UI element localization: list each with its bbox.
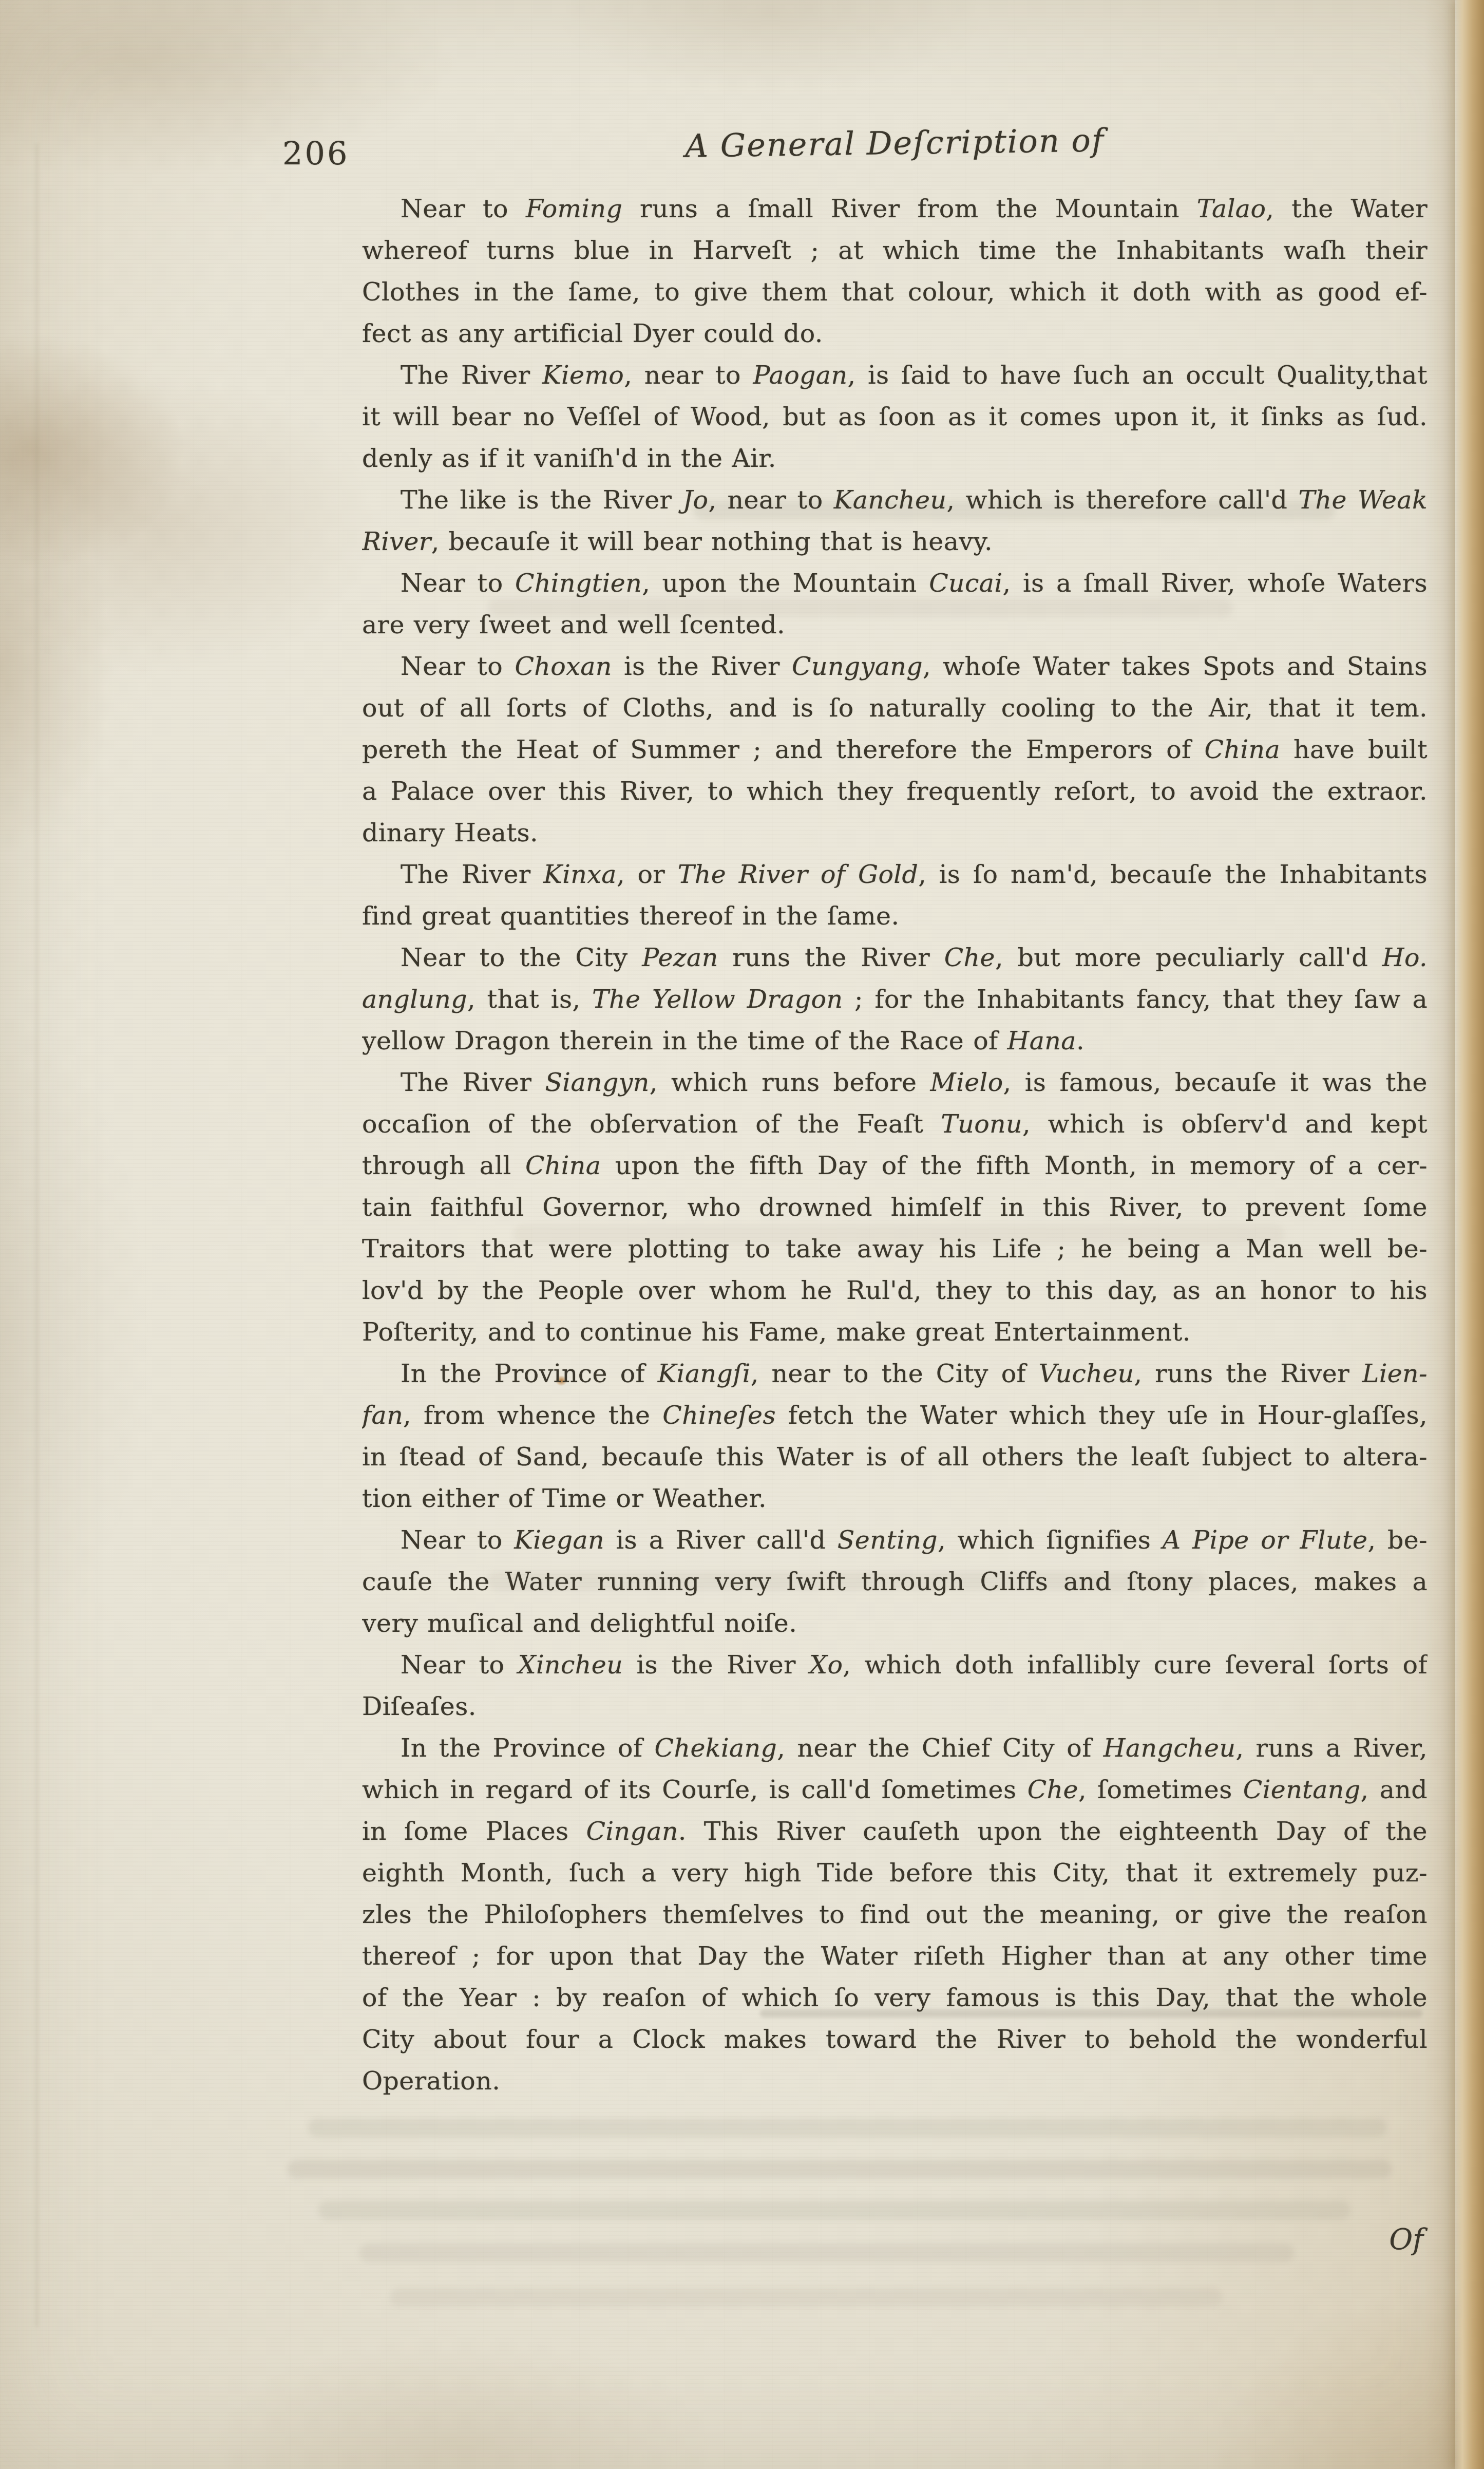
text-run: cauſe the Water running very ſwift throu…	[362, 1567, 1428, 1596]
text-run: Hana	[1007, 1026, 1076, 1056]
text-run: eighth Month, ſuch a very high Tide befo…	[362, 1858, 1428, 1888]
text-line: tain faithful Governor, who drowned himſ…	[362, 1186, 1428, 1228]
text-line: The like is the River Jo, near to Kanche…	[362, 479, 1428, 521]
text-run: In the Province of	[401, 1733, 655, 1763]
text-line: In the Province of Chekiang, near the Ch…	[362, 1727, 1428, 1769]
text-run: , near to	[709, 485, 834, 515]
text-line: In the Province of Kiangſi, near to the …	[362, 1353, 1428, 1394]
text-run: Poſterity, and to continue his Fame, mak…	[362, 1317, 1191, 1347]
bleed-through-line	[318, 2201, 1350, 2219]
text-run: Traitors that were plotting to take away…	[362, 1234, 1428, 1264]
text-run: tion either of Time or Weather.	[362, 1484, 767, 1513]
text-run: runs a ſmall River from the Mountain	[622, 194, 1197, 223]
text-line: Near to Choxan is the River Cungyang, wh…	[362, 646, 1428, 687]
text-line: occaſion of the obſervation of the Feaſt…	[362, 1103, 1428, 1145]
text-run: Kiangſi	[658, 1359, 751, 1388]
text-line: Diſeaſes.	[362, 1686, 1428, 1727]
text-run: Near to	[401, 652, 515, 681]
text-run: Foming	[526, 194, 622, 223]
text-run: Hangcheu	[1104, 1733, 1236, 1763]
text-run: , is famous, becauſe it was the	[1003, 1068, 1428, 1097]
text-run: , runs a River,	[1235, 1733, 1428, 1763]
text-run: The River	[401, 1068, 545, 1097]
text-line: of the Year : by reaſon of which ſo very…	[362, 1977, 1428, 2019]
text-run: through all	[362, 1151, 525, 1180]
text-run: upon the fifth Day of the fifth Month, i…	[601, 1151, 1428, 1180]
text-run: , the Water	[1266, 194, 1428, 223]
book-page-scan: 206 A General Deſcription of Near to Fom…	[0, 0, 1484, 2469]
text-run: Chekiang	[655, 1733, 777, 1763]
text-line: dinary Heats.	[362, 812, 1428, 854]
bleed-through-line	[390, 2288, 1222, 2307]
text-run: Senting	[838, 1525, 938, 1555]
text-run: in ſtead of Sand, becauſe this Water is …	[362, 1442, 1428, 1472]
text-run: fect as any artificial Dyer could do.	[362, 319, 823, 348]
body-text: Near to Foming runs a ſmall River from t…	[362, 188, 1428, 2102]
text-run: zles the Philoſophers themſelves to find…	[362, 1900, 1428, 1929]
text-run: . This River cauſeth upon the eighteenth…	[678, 1817, 1428, 1846]
text-run: The River of Gold	[678, 860, 918, 889]
text-line: Near to the City Pezan runs the River Ch…	[362, 937, 1428, 978]
text-line: pereth the Heat of Summer ; and therefor…	[362, 729, 1428, 770]
text-run: , near the Chief City of	[777, 1733, 1103, 1763]
text-run: pereth the Heat of Summer ; and therefor…	[362, 735, 1205, 764]
page-edge-shadow	[1424, 0, 1455, 2469]
text-line: out of all ſorts of Cloths, and is ſo na…	[362, 687, 1428, 729]
text-run: In the Province of	[401, 1359, 658, 1388]
text-line: The River Kiemo, near to Paogan, is ſaid…	[362, 354, 1428, 396]
text-line: The River Siangyn, which runs before Mie…	[362, 1062, 1428, 1103]
text-line: it will bear no Veſſel of Wood, but as ſ…	[362, 396, 1428, 438]
text-run: Siangyn	[545, 1068, 649, 1097]
text-run: Talao	[1197, 194, 1266, 223]
text-run: River	[362, 527, 431, 556]
text-run: , from whence the	[403, 1401, 662, 1430]
text-run: , near to the City of	[751, 1359, 1039, 1388]
text-run: have built	[1280, 735, 1428, 764]
text-run: is the River	[623, 1650, 809, 1680]
bleed-through-line	[308, 2119, 1386, 2137]
text-line: in ſome Places Cingan. This River cauſet…	[362, 1811, 1428, 1852]
text-line: City about four a Clock makes toward the…	[362, 2019, 1428, 2060]
text-run: Kancheu	[834, 485, 947, 515]
text-run: , becauſe it will bear nothing that is h…	[431, 527, 993, 556]
paper-crease	[36, 144, 37, 2327]
text-run: , upon the Mountain	[642, 569, 929, 598]
text-run: Mielo	[930, 1068, 1003, 1097]
text-run: , and	[1361, 1775, 1428, 1804]
text-run: Clothes in the ſame, to give them that c…	[362, 277, 1428, 307]
text-run: dinary Heats.	[362, 818, 538, 847]
text-run: Choxan	[515, 652, 612, 681]
text-line: fect as any artificial Dyer could do.	[362, 313, 1428, 354]
text-run: , be-	[1367, 1525, 1428, 1555]
book-gutter-edge	[1455, 0, 1484, 2469]
text-run: , but more peculiarly call'd	[995, 943, 1382, 972]
text-run: Tuonu	[941, 1109, 1022, 1139]
text-line: anglung, that is, The Yellow Dragon ; fo…	[362, 978, 1428, 1020]
text-run: Operation.	[362, 2066, 500, 2096]
text-run: whereof turns blue in Harveſt ; at which…	[362, 236, 1428, 265]
text-run: China	[1205, 735, 1281, 764]
text-run: , which is therefore call'd	[946, 485, 1298, 515]
text-run: Che	[944, 943, 995, 972]
text-run: fan	[362, 1401, 403, 1430]
text-line: find great quantities thereof in the ſam…	[362, 895, 1428, 937]
text-run: Paogan	[753, 361, 847, 390]
text-run: Near to	[401, 1650, 518, 1680]
text-run: yellow Dragon therein in the time of the…	[362, 1026, 1007, 1056]
text-run: denly as if it vaniſh'd in the Air.	[362, 444, 776, 473]
text-run: Chingtien	[515, 569, 642, 598]
text-run: thereof ; for upon that Day the Water ri…	[362, 1942, 1428, 1971]
text-line: in ſtead of Sand, becauſe this Water is …	[362, 1436, 1428, 1478]
text-line: Near to Chingtien, upon the Mountain Cuc…	[362, 562, 1428, 604]
text-run: Chineſes	[662, 1401, 776, 1430]
text-line: Poſterity, and to continue his Fame, mak…	[362, 1311, 1428, 1353]
text-run: a Palace over this River, to which they …	[362, 777, 1428, 806]
text-run: , whoſe Water takes Spots and Stains	[923, 652, 1428, 681]
text-run: Jo	[683, 485, 709, 515]
text-run: very muſical and delightful noiſe.	[362, 1609, 797, 1638]
text-run: Xincheu	[518, 1650, 623, 1680]
text-run: Pezan	[642, 943, 718, 972]
text-run: find great quantities thereof in the ſam…	[362, 901, 899, 931]
text-run: in ſome Places	[362, 1817, 586, 1846]
text-run: A Pipe or Flute	[1163, 1525, 1368, 1555]
text-line: cauſe the Water running very ſwift throu…	[362, 1561, 1428, 1603]
text-run: out of all ſorts of Cloths, and is ſo na…	[362, 693, 1428, 723]
text-run: Cientang	[1243, 1775, 1361, 1804]
text-line: thereof ; for upon that Day the Water ri…	[362, 1935, 1428, 1977]
text-run: , is ſo nam'd, becauſe the Inhabitants	[918, 860, 1428, 889]
text-run: , which ſignifies	[938, 1525, 1163, 1555]
text-run: , ſometimes	[1078, 1775, 1243, 1804]
text-run: is a River call'd	[604, 1525, 838, 1555]
text-run: of the Year : by reaſon of which ſo very…	[362, 1983, 1428, 2012]
text-run: , which runs before	[650, 1068, 930, 1097]
text-run: Near to	[401, 1525, 514, 1555]
text-run: ; for the Inhabitants fancy, that they ſ…	[843, 985, 1428, 1014]
text-line: eighth Month, ſuch a very high Tide befo…	[362, 1852, 1428, 1894]
text-line: Clothes in the ſame, to give them that c…	[362, 271, 1428, 313]
text-line: are very ſweet and well ſcented.	[362, 604, 1428, 646]
text-run: China	[525, 1151, 601, 1180]
text-line: fan, from whence the Chineſes fetch the …	[362, 1394, 1428, 1436]
text-run: , is a ſmall River, whoſe Waters	[1003, 569, 1428, 598]
bleed-through-line	[288, 2160, 1392, 2178]
text-line: River, becauſe it will bear nothing that…	[362, 521, 1428, 562]
text-run: City about four a Clock makes toward the…	[362, 2025, 1428, 2054]
text-run: , which doth infallibly cure ſeveral ſor…	[843, 1650, 1428, 1680]
text-run: Vucheu	[1039, 1359, 1134, 1388]
text-run: Kinxa	[543, 860, 617, 889]
text-run: , is ſaid to have ſuch an occult Quality…	[847, 361, 1428, 390]
text-line: through all China upon the fifth Day of …	[362, 1145, 1428, 1186]
text-line: Near to Xincheu is the River Xo, which d…	[362, 1644, 1428, 1686]
text-run: Lien-	[1362, 1359, 1428, 1388]
text-run: The like is the River	[401, 485, 683, 515]
text-run: is the River	[612, 652, 792, 681]
text-line: whereof turns blue in Harveſt ; at which…	[362, 230, 1428, 271]
text-line: which in regard of its Courſe, is call'd…	[362, 1769, 1428, 1811]
text-run: The Weak	[1299, 485, 1428, 515]
text-line: very muſical and delightful noiſe.	[362, 1603, 1428, 1644]
text-run: , or	[617, 860, 678, 889]
catchword: Of	[1389, 2223, 1423, 2256]
text-run: tain faithful Governor, who drowned himſ…	[362, 1193, 1428, 1222]
text-line: Operation.	[362, 2060, 1428, 2102]
text-run: Cucai	[929, 569, 1002, 598]
text-line: lov'd by the People over whom he Rul'd, …	[362, 1270, 1428, 1311]
text-run: lov'd by the People over whom he Rul'd, …	[362, 1276, 1428, 1305]
text-run: The River	[401, 361, 542, 390]
text-run: Cungyang	[792, 652, 923, 681]
text-run: Che	[1028, 1775, 1078, 1804]
text-run: Ho.	[1382, 943, 1428, 972]
text-line: tion either of Time or Weather.	[362, 1478, 1428, 1519]
text-run: fetch the Water which they uſe in Hour-g…	[776, 1401, 1428, 1430]
text-run: are very ſweet and well ſcented.	[362, 610, 785, 639]
text-run: it will bear no Veſſel of Wood, but as ſ…	[362, 402, 1428, 431]
text-line: Near to Foming runs a ſmall River from t…	[362, 188, 1428, 230]
text-run: Near to the City	[401, 943, 642, 972]
text-run: , that is,	[467, 985, 592, 1014]
text-line: The River Kinxa, or The River of Gold, i…	[362, 854, 1428, 895]
text-line: zles the Philoſophers themſelves to find…	[362, 1894, 1428, 1935]
text-run: The Yellow Dragon	[592, 985, 843, 1014]
text-run: .	[1076, 1026, 1085, 1056]
text-line: Traitors that were plotting to take away…	[362, 1228, 1428, 1270]
text-line: Near to Kiegan is a River call'd Senting…	[362, 1519, 1428, 1561]
text-run: Kiegan	[514, 1525, 604, 1555]
bleed-through-line	[359, 2244, 1294, 2262]
text-run: Cingan	[586, 1817, 678, 1846]
text-run: anglung	[362, 985, 467, 1014]
text-run: which in regard of its Courſe, is call'd…	[362, 1775, 1028, 1804]
text-run: Diſeaſes.	[362, 1692, 477, 1721]
text-run: Near to	[401, 194, 526, 223]
running-title: A General Deſcription of	[362, 117, 1428, 169]
text-run: , runs the River	[1134, 1359, 1362, 1388]
text-line: a Palace over this River, to which they …	[362, 770, 1428, 812]
text-run: Xo	[809, 1650, 843, 1680]
text-line: denly as if it vaniſh'd in the Air.	[362, 438, 1428, 479]
text-run: occaſion of the obſervation of the Feaſt	[362, 1109, 941, 1139]
text-run: Near to	[401, 569, 515, 598]
text-run: The River	[401, 860, 543, 889]
text-run: , which is obſerv'd and kept	[1022, 1109, 1428, 1139]
text-run: , near to	[624, 361, 753, 390]
text-run: Kiemo	[542, 361, 624, 390]
page-number: 206	[282, 135, 349, 172]
text-line: yellow Dragon therein in the time of the…	[362, 1020, 1428, 1062]
text-run: runs the River	[718, 943, 944, 972]
